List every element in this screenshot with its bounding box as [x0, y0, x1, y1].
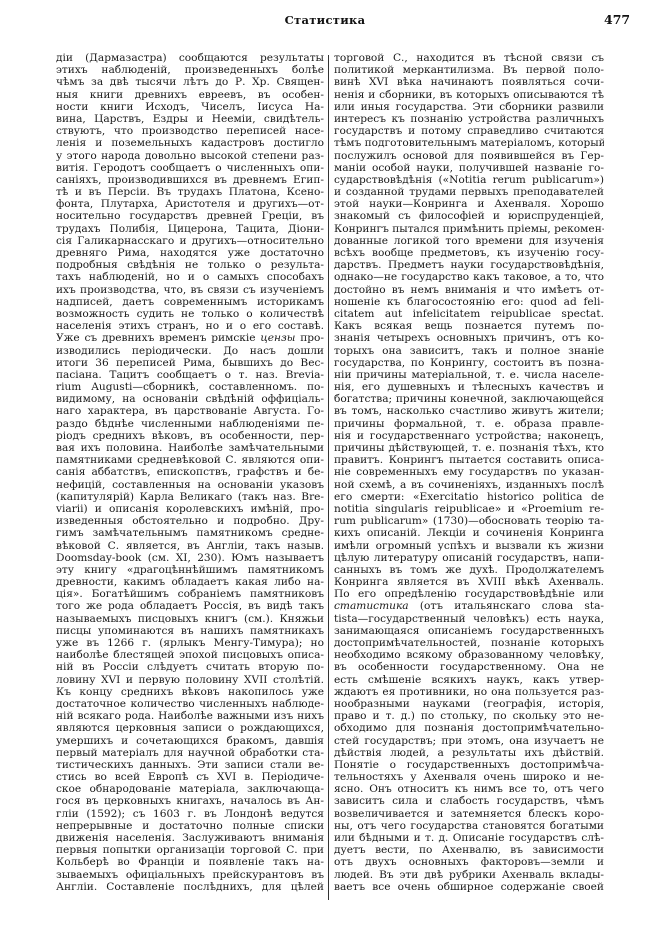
text-line: необходимо всякому образованному человѣк… [334, 649, 604, 661]
text-line: notitia singularis reipublicae» и «Proem… [334, 503, 604, 515]
text-line: Какъ всякая вещь познается путемъ по- [334, 320, 604, 332]
text-line: витiя. Геродотъ сообщаетъ о численныхъ о… [56, 162, 324, 174]
text-line: нообразными науками (географiя, исторiя, [334, 698, 604, 710]
text-line: цiя». Богатѣйшимъ собранiемъ памятниковъ [56, 588, 324, 600]
text-line: ждаютъ ея противники, но она пользуется … [334, 686, 604, 698]
text-line: rum publicarum» (1730)—обосновать теорiю… [334, 515, 604, 527]
text-line: и созданной трудами первыхъ преподавател… [334, 186, 604, 198]
text-line: трудахъ Полибiя, Цицерона, Тацита, Дiони… [56, 223, 324, 235]
text-line: того же рода обладаетъ Россiя, въ видѣ т… [56, 600, 324, 612]
text-line: ныя книги древнихъ евреевъ, въ особен- [56, 89, 324, 101]
text-line: цѣлую литературу описанiй государствъ, н… [334, 552, 604, 564]
text-line: древняго Рима, находятся уже достаточно [56, 247, 324, 259]
text-line: тѣмъ подготовительнымъ матерiаломъ, кото… [334, 137, 604, 149]
text-line: сударствовѣдѣнiя («Notitia rerum publica… [334, 174, 604, 186]
text-line: политикой меркантилизма. Въ первой поло- [334, 64, 604, 76]
text-line: его смерти: «Exercitatio historico polit… [334, 491, 604, 503]
text-line: viarii) и описанiя королевскихъ имѣнiй, … [56, 503, 324, 515]
text-line: пасiана. Тацитъ сообщаетъ о т. наз. Brev… [56, 369, 324, 381]
text-line: этой науки—Конринга и Ахенваля. Хорошо [334, 198, 604, 210]
text-line: причины формальной, т. е. образа правле- [334, 418, 604, 430]
text-line: достопримѣчательностей, познанiе которых… [334, 637, 604, 649]
text-line: первый матерiалъ для научной обработки с… [56, 747, 324, 759]
text-line: нiя, его душевныхъ и тѣлесныхъ качествъ … [334, 381, 604, 393]
text-line: изведенныя обстоятельно и подробно. Дру- [56, 515, 324, 527]
text-line: Конринга является въ XVIII вѣкѣ Ахенваль… [334, 576, 604, 588]
text-line: тѣ и въ Персiи. Въ трудахъ Платона, Ксен… [56, 186, 324, 198]
text-line: дѣйствiя людей, а результаты ихъ дѣйствi… [334, 747, 604, 759]
right-column: торговой С., находится въ тѣсной связи с… [334, 52, 604, 893]
text-line: санiяхъ, производившихся въ древнемъ Еги… [56, 174, 324, 186]
text-line: ной схемѣ, а въ сочиненiяхъ, изданныхъ п… [334, 479, 604, 491]
text-line: занимающаяся описанiемъ государственныхъ [334, 625, 604, 637]
text-line: знанiя четырехъ основныхъ причинъ, отъ к… [334, 332, 604, 344]
text-line: манiи особой науки, получившей названiе … [334, 162, 604, 174]
text-line: нiи причины матерiальной, т. е. числа на… [334, 369, 604, 381]
text-line: ности книги Исходъ, Чиселъ, Iисуса На- [56, 101, 324, 113]
text-line: ихъ производства, что, въ связи съ изуче… [56, 284, 324, 296]
text-line: есть смѣшенiе всякихъ наукъ, какъ утвер- [334, 674, 604, 686]
text-line: фонта, Плутарха, Аристотеля и другихъ—от… [56, 198, 324, 210]
text-line: Къ концу среднихъ вѣковъ накопилось уже [56, 686, 324, 698]
text-line: нiй въ Россiи слѣдуетъ считать вторую по… [56, 661, 324, 673]
text-line: право и т. д.) по стольку, по скольку эт… [334, 710, 604, 722]
text-line: всѣхъ вообще предметовъ, къ изученiю гос… [334, 247, 604, 259]
text-line: послужилъ основой для появившейся въ Гер… [334, 150, 604, 162]
text-line: возвеличивается и затемняется блескъ кор… [334, 808, 604, 820]
text-line: чѣмъ за двѣ тысячи лѣтъ до Р. Хр. Священ… [56, 76, 324, 88]
text-line: эту книгу «драгоцѣннѣйшимъ памятникомъ [56, 564, 324, 576]
text-line: вина, Царствъ, Ездры и Неемiи, свидѣтель… [56, 113, 324, 125]
text-line: надписей, даетъ современнымъ историкамъ [56, 296, 324, 308]
text-line: По его опредѣленiю государствовѣдѣнiе ил… [334, 588, 604, 600]
text-line: знакомый съ философiей и юриспруденцiей, [334, 210, 604, 222]
text-line: ваетъ все очень обширное содержанiе свое… [334, 881, 604, 893]
text-line: достойно въ немъ вниманiя и что имѣетъ о… [334, 284, 604, 296]
text-line: ясно. Онъ относитъ къ нимъ все то, отъ ч… [334, 783, 604, 795]
text-line: гося въ церковныхъ книгахъ, началось въ … [56, 795, 324, 807]
text-line: торыхъ она зависитъ, такъ и полное знанi… [334, 345, 604, 357]
text-line: вѣковой С. является, въ Англiи, такъ наз… [56, 540, 324, 552]
text-line: Уже съ древнихъ временъ римскiе цензы пр… [56, 332, 324, 344]
text-line: или иныя государства. Эти сборники разви… [334, 101, 604, 113]
text-line: возможность судить не только о количеств… [56, 308, 324, 320]
text-line: торговой С., находится въ тѣсной связи с… [334, 52, 604, 64]
text-line: Кольберѣ во Францiи и появленiе такъ на- [56, 856, 324, 868]
text-line: Англiи. Составленiе послѣднихъ, для цѣле… [56, 881, 324, 893]
text-line: наиболѣе блестящей эпохой писцовыхъ опис… [56, 649, 324, 661]
text-line: ны, отъ чего государства становятся бога… [334, 820, 604, 832]
text-line: въ томъ, насколько счастливо живутъ жите… [334, 405, 604, 417]
text-line: умершихъ и сочетающихся бракомъ, давшiя [56, 735, 324, 747]
text-line: тахъ наблюденiй, но и о самыхъ способахъ [56, 271, 324, 283]
text-line: нiя и государственнаго устройства; након… [334, 430, 604, 442]
text-line: наго характера, въ царствованiе Августа.… [56, 405, 324, 417]
text-line: санныхъ въ томъ же духѣ. Продолжателемъ [334, 564, 604, 576]
text-line: дуетъ вести, по Ахенвалю, въ зависимости [334, 844, 604, 856]
text-line: Doomsday-book (см. XI, 230). Юмъ называе… [56, 552, 324, 564]
text-line: тельностяхъ у Ахенваля очень широко и не… [334, 771, 604, 783]
text-line: санiя аббатствъ, епископствъ, графствъ и… [56, 466, 324, 478]
text-line: достаточное количество численныхъ наблюд… [56, 698, 324, 710]
text-line: зываемыхъ офицiальныхъ прейскурантовъ въ [56, 869, 324, 881]
text-line: тистическихъ данныхъ. Эти записи стали в… [56, 759, 324, 771]
text-line: ношенiе къ благосостоянiю его: quod ad f… [334, 296, 604, 308]
text-line: tista—государственный человѣкъ) есть нау… [334, 613, 604, 625]
text-line: ловину XVI и первую половину XVII столѣт… [56, 674, 324, 686]
text-line: нiе современныхъ ему государствъ по указ… [334, 466, 604, 478]
text-line: стей государствъ; при этомъ, она изучает… [334, 735, 604, 747]
text-line: писцы упоминаются въ нашихъ памятникахъ [56, 625, 324, 637]
text-line: итоги 36 переписей Рима, бывшихъ до Вес- [56, 357, 324, 369]
text-line: памятниками средневѣковой С. являются оп… [56, 454, 324, 466]
text-line: стись во всей Европѣ съ XVI в. Перiодиче… [56, 771, 324, 783]
text-line: нiй всякаго рода. Наиболѣе важными изъ н… [56, 710, 324, 722]
text-line: однако—не государство какъ таковое, а то… [334, 271, 604, 283]
text-line: государствъ и потому справедливо считают… [334, 125, 604, 137]
text-line: Конрингъ пытался примѣнить прiемы, реком… [334, 223, 604, 235]
text-line: изводились перiодически. До насъ дошли [56, 345, 324, 357]
text-line: дарствъ. Предметъ науки государствовѣдѣн… [334, 259, 604, 271]
text-line: правитъ. Конрингъ пытается составить опи… [334, 454, 604, 466]
text-line: движенiя населенiя. Заслуживаютъ вниманi… [56, 832, 324, 844]
text-line: уже въ 1266 г. (ярлыкъ Менгу-Тимура); но [56, 637, 324, 649]
text-line: гимъ замѣчательнымъ памятникомъ средне- [56, 527, 324, 539]
text-line: зависитъ сила и слабость государствъ, чѣ… [334, 795, 604, 807]
text-line: у этого народа довольно высокой степени … [56, 150, 324, 162]
text-line: citatem aut infelicitatem reipublicae sp… [334, 308, 604, 320]
text-line: рiодъ среднихъ вѣковъ, въ особенности, п… [56, 430, 324, 442]
text-line: ское обнародованiе матерiала, заключающа… [56, 783, 324, 795]
text-line: называемыхъ писцовыхъ книгъ (см.). Княжь… [56, 613, 324, 625]
text-line: въ особенности государственному. Она не [334, 661, 604, 673]
text-line: ствуютъ, что производство переписей насе… [56, 125, 324, 137]
text-line: видимому, на основанiи свѣдѣнiй оффицiал… [56, 393, 324, 405]
text-line: вая ихъ половина. Наиболѣе замѣчательным… [56, 442, 324, 454]
text-line: этихъ наблюденiй, произведенныхъ болѣе [56, 64, 324, 76]
text-line: глiи (1592); съ 1603 г. въ Лондонѣ ведут… [56, 808, 324, 820]
text-line: ленiя и поземельныхъ кадастровъ достигло [56, 137, 324, 149]
text-line: непрерывные и достаточно полные списки [56, 820, 324, 832]
text-line: отъ двухъ основныхъ факторовъ—земли и [334, 856, 604, 868]
text-line: обходимо для познанiя достопримѣчательно… [334, 722, 604, 734]
text-line: интересъ къ познанiю устройства различны… [334, 113, 604, 125]
column-divider [328, 55, 329, 900]
text-line: нефицiй, составленныя на основанiи указо… [56, 479, 324, 491]
text-line: Понятiе о государственныхъ достопримѣча- [334, 759, 604, 771]
text-line: имѣли огромный успѣхъ и вызвали къ жизни [334, 540, 604, 552]
text-line: винѣ XVI вѣка начинаютъ появляться сочи- [334, 76, 604, 88]
text-line: носительно государствъ древней Грецiи, в… [56, 210, 324, 222]
text-line: или бѣдными и т. д. Описанiе государствъ… [334, 832, 604, 844]
text-line: (капитулярiй) Карла Великаго (такъ наз. … [56, 491, 324, 503]
text-line: кихъ описанiй. Лекцiи и сочиненiя Конрин… [334, 527, 604, 539]
running-head: Статистика [0, 13, 650, 27]
text-line: дiи (Дармазастра) сообщаются результаты [56, 52, 324, 64]
text-line: первыя попытки организацiи торговой С. п… [56, 844, 324, 856]
text-line: раздо бѣднѣе численными наблюденiями пе- [56, 418, 324, 430]
text-line: являются церковныя записи о рождающихся, [56, 722, 324, 734]
text-line: государства, по Конрингу, состоитъ въ по… [334, 357, 604, 369]
text-line: причины дѣйствующей, т. е. познанiя тѣхъ… [334, 442, 604, 454]
text-line: статистика (отъ итальянскаго слова sta- [334, 600, 604, 612]
text-line: древности, какимъ обладаетъ какая либо н… [56, 576, 324, 588]
text-line: ненiя и сборники, въ которыхъ описываютс… [334, 89, 604, 101]
left-column: дiи (Дармазастра) сообщаются результатыэ… [56, 52, 324, 893]
text-line: rium Augusti—сборникѣ, составленномъ. по… [56, 381, 324, 393]
text-line: богатства; причины конечной, заключающей… [334, 393, 604, 405]
text-line: населенiя этихъ странъ, но и о его соста… [56, 320, 324, 332]
page-number: 477 [604, 12, 630, 27]
text-line: подробныя свѣдѣнiя не только о результа- [56, 259, 324, 271]
text-line: дованные логикой того времени для изучен… [334, 235, 604, 247]
text-line: сiя Галикарнасскаго и другихъ—относитель… [56, 235, 324, 247]
text-line: людей. Въ эти двѣ рубрики Ахенваль вклад… [334, 869, 604, 881]
